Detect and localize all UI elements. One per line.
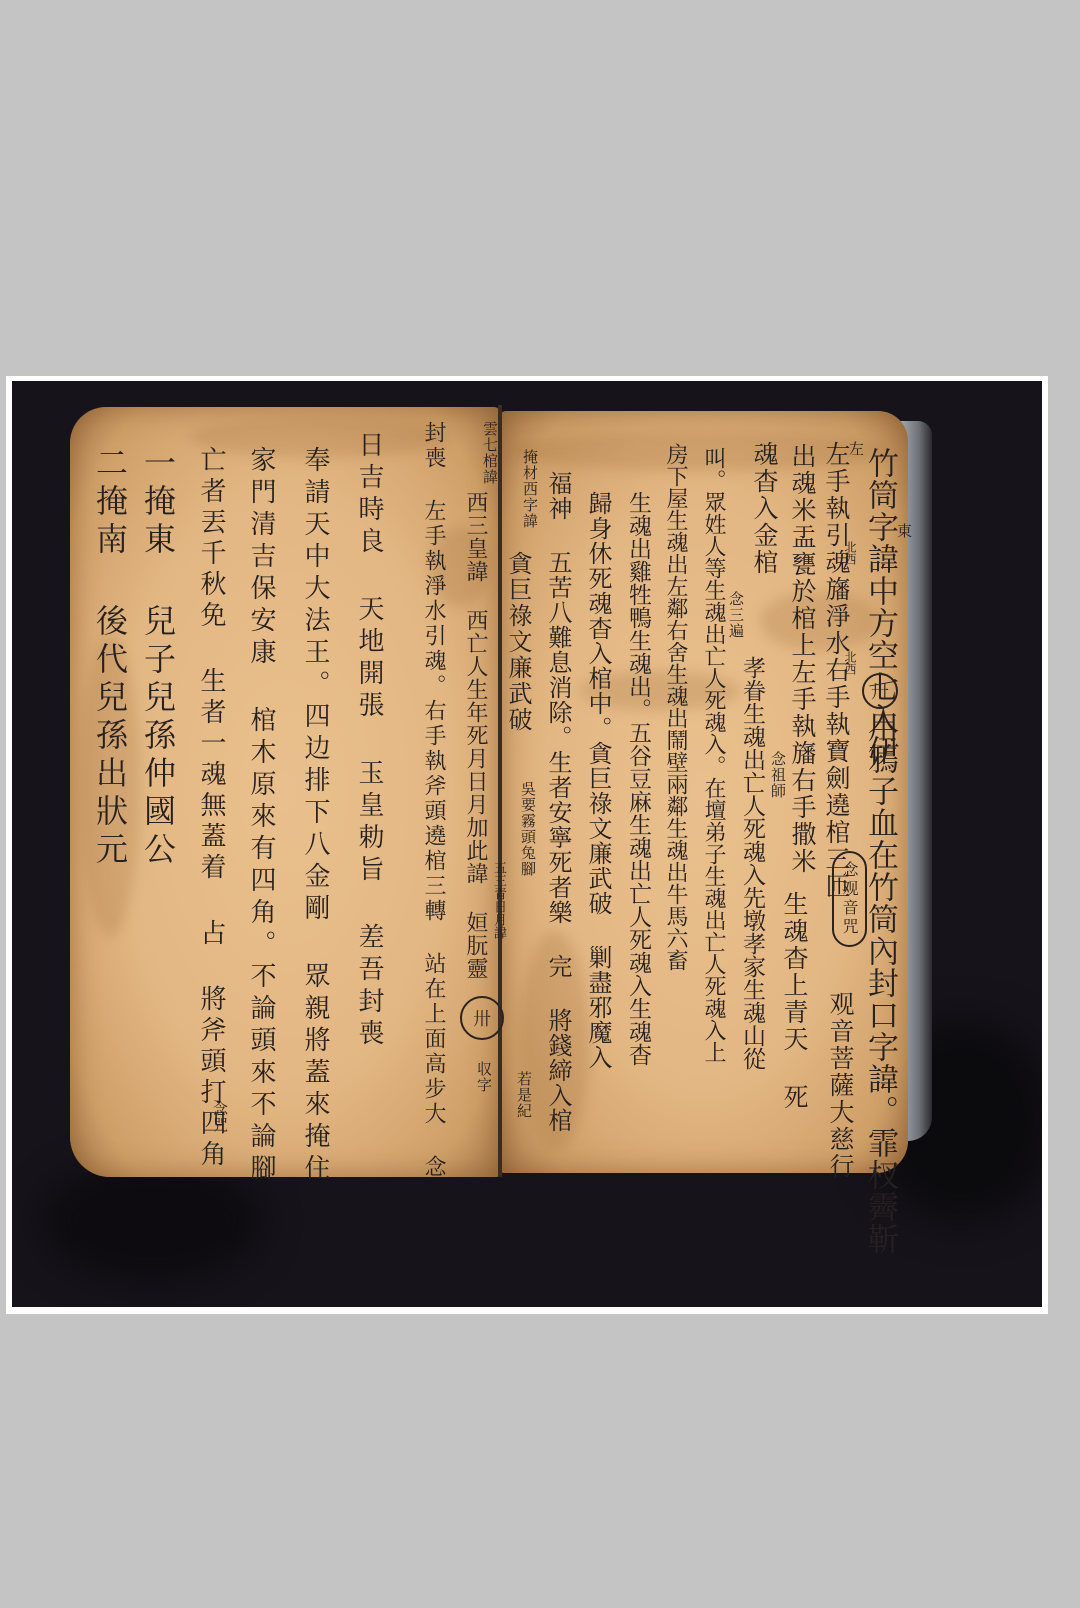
annotation: 収字 (476, 1061, 491, 1093)
text-column: 观音菩薩大慈行 (828, 991, 853, 1180)
text-column: 奉請天中大法王。四边排下八金剛 眾親將蓋來掩住 (302, 446, 328, 1186)
text-column: 家門清吉保安康 棺木原來有四角。不論頭來不論腳 (248, 446, 274, 1186)
annotation: 念咒 (212, 1101, 227, 1133)
photo-backdrop: 竹筒字諱中方空七入伊 東 北西 北西 卅 用鴉子血在竹筒內封口字諱。霏杈霽靳 左… (12, 381, 1042, 1307)
annotation: 念三遍 (728, 591, 743, 639)
text-column: 二掩南 後代兒孫出狀元 (94, 446, 126, 870)
text-column: 貪巨祿文廉武破 (506, 551, 530, 733)
text-column: 左手執引魂旛淨水右手執寶劍遶棺三匝 (824, 441, 849, 900)
text-column: 用鴉子血在竹筒內封口字諱。霏杈霽靳 (864, 711, 895, 1255)
annotation: 吳要霧頭兔腳 (520, 781, 535, 877)
annotation: 雲七棺諱 (482, 421, 497, 485)
text-column: 西三皇諱 西亡人生年死月日月加此諱 姮朊靈 (464, 491, 486, 980)
text-column: 出魂米盂甕於棺上左手執旛右手撒米 (790, 443, 815, 875)
circled-mark: 卅 (862, 673, 898, 709)
text-column: 魂杳入金棺 (752, 441, 777, 576)
annotation: 東 (896, 523, 911, 539)
text-column: 房下屋生魂出左鄰右舍生魂出鬧壁兩鄰生魂出牛馬六畜 (664, 443, 686, 971)
book-spine (498, 405, 502, 1177)
text-column: 歸身休死魂杳入棺中。貪巨祿文廉武破 剿盡邪魔入 (586, 491, 610, 1070)
text-column: 一掩東 兒子兒孫仲國公 (142, 446, 174, 870)
text-column: 生魂出雞牲鴨生魂出。五谷豆麻生魂出亡人死魂入生魂杳 (626, 491, 649, 1066)
image-frame: 竹筒字諱中方空七入伊 東 北西 北西 卅 用鴉子血在竹筒內封口字諱。霏杈霽靳 左… (6, 376, 1048, 1314)
oval-note: 念观音咒 (832, 851, 867, 947)
text-column: 亡者丟千秋免 生者一魂無蓋着 占 將斧頭打四角 (198, 446, 224, 1171)
text-column: 封喪 左手執淨水引魂。右手執斧頭遶棺三轉 站在上面高步大 念 (422, 421, 444, 1180)
text-column: 叫。眾姓人等生魂出亡人死魂入。在壇弟子生魂出亡人死魂入上 (702, 447, 724, 1063)
annotation: 念祖師 (770, 751, 785, 799)
annotation: 若是紀 (516, 1071, 531, 1119)
circled-mark: 卅 (460, 996, 504, 1040)
annotation: 左 (848, 441, 863, 457)
annotation: 掩材西字諱 (522, 449, 537, 529)
shadow (42, 1161, 262, 1281)
text-column: 福神 五苦八難息消除。生者安寧死者樂 完 將錢締入棺 (546, 471, 570, 1133)
text-column: 生魂杳上青天 死 (782, 891, 807, 1111)
text-column: 日吉時良 天地開張 玉皇勅旨 差吾封喪 (356, 431, 382, 1051)
annotation: 五三青日月諱 (492, 861, 505, 939)
text-column: 孝眷生魂出亡人死魂入先墩孝家生魂山從 (740, 656, 763, 1070)
